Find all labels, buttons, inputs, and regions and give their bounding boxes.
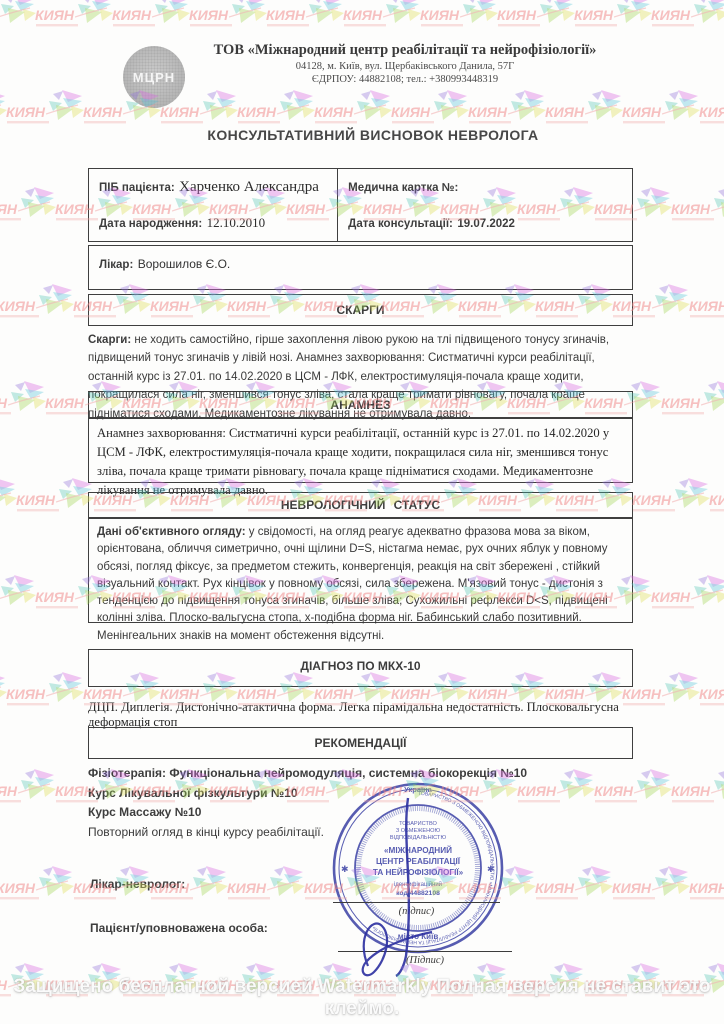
kiyan-watermark: КИЯН [614,0,702,34]
kiyan-watermark: КИЯН [508,89,596,131]
svg-text:КИЯН: КИЯН [35,7,75,23]
kiyan-watermark: КИЯН [0,477,67,519]
doctor-sign-label: Лікар-невролог: [90,877,185,891]
kiyan-watermark: КИЯН [306,0,394,34]
doctor-cell: Лікар: Ворошилов Є.О. [88,245,633,290]
svg-text:КИЯН: КИЯН [689,298,724,314]
patient-name-label: ПІБ пацієнта: [99,182,175,194]
kiyan-watermark: КИЯН [624,380,712,422]
svg-text:КИЯН: КИЯН [535,880,575,896]
section-heading-anamnesis: АНАМНЕЗ [88,391,633,418]
birth-date-value: 12.10.2010 [207,215,266,230]
svg-text:КИЯН: КИЯН [0,880,36,896]
svg-text:КИЯН: КИЯН [314,104,354,120]
complaints-lead: Скарги: [88,334,131,346]
watermarkly-notice: Защищено бесплатной версией Watermarkly … [0,976,724,1020]
doctor-value: Ворошилов Є.О. [138,257,231,271]
svg-text:КИЯН: КИЯН [699,686,724,702]
patient-sign-label: Пацієнт/уповноважена особа: [90,921,268,935]
svg-text:КИЯН: КИЯН [497,7,537,23]
svg-text:КИЯН: КИЯН [671,783,711,799]
svg-text:КИЯН: КИЯН [709,492,724,508]
kiyan-watermark: КИЯН [691,0,724,34]
clinic-logo-text: МЦРН [133,70,175,85]
kiyan-watermark: КИЯН [190,865,278,907]
svg-text:КИЯН: КИЯН [112,7,152,23]
kiyan-watermark: КИЯН [0,0,86,34]
patient-name-value: Харченко Александра [179,179,319,195]
svg-text:КИЯН: КИЯН [689,880,724,896]
document-title: КОНСУЛЬТАТИВНИЙ ВИСНОВОК НЕВРОЛОГА [88,127,658,143]
handwritten-signature [320,770,530,990]
anamnesis-text: Анамнез захворювання: Систматичні курси … [88,418,633,483]
kiyan-watermark: КИЯН [0,671,57,713]
kiyan-watermark: КИЯН [277,89,365,131]
svg-text:КИЯН: КИЯН [35,589,75,605]
kiyan-watermark: КИЯН [354,89,442,131]
kiyan-watermark: КИЯН [701,380,724,422]
neuro-status-text: Дані об'єктивного огляду: у свідомості, … [88,518,633,623]
svg-text:КИЯН: КИЯН [266,7,306,23]
doctor-label: Лікар: [99,259,133,271]
diagnosis-text: ДЦП. Диплегія. Дистонічно-атактична форм… [88,700,648,730]
svg-text:КИЯН: КИЯН [0,783,18,799]
svg-text:КИЯН: КИЯН [622,104,662,120]
svg-text:КИЯН: КИЯН [632,492,672,508]
svg-text:КИЯН: КИЯН [420,7,460,23]
kiyan-watermark: КИЯН [652,865,724,907]
kiyan-watermark: КИЯН [537,0,625,34]
patient-name-cell: ПІБ пацієнта: Харченко Александра [89,169,337,205]
kiyan-watermark: КИЯН [75,0,163,34]
kiyan-watermark: КИЯН [711,768,724,810]
patient-info-table: ПІБ пацієнта: Харченко Александра Медичн… [88,168,633,290]
svg-text:КИЯН: КИЯН [45,395,85,411]
kiyan-watermark: КИЯН [8,380,96,422]
clinic-name: ТОВ «Міжнародний центр реабілітації та н… [190,42,620,59]
svg-text:КИЯН: КИЯН [651,589,691,605]
svg-text:КИЯН: КИЯН [83,104,123,120]
consult-date-cell: Дата консультації: 19.07.2022 [337,205,632,241]
consult-date-value: 19.07.2022 [457,218,515,230]
clinic-header: ТОВ «Міжнародний центр реабілітації та н… [190,42,620,85]
svg-text:КИЯН: КИЯН [16,492,56,508]
kiyan-watermark: КИЯН [0,865,47,907]
consult-date-label: Дата консультації: [348,218,453,230]
svg-text:КИЯН: КИЯН [651,7,691,23]
kiyan-watermark: КИЯН [0,89,57,131]
kiyan-watermark: КИЯН [0,574,86,616]
svg-text:КИЯН: КИЯН [160,104,200,120]
kiyan-watermark: КИЯН [691,574,724,616]
kiyan-watermark: КИЯН [711,186,724,228]
birth-date-label: Дата народження: [99,218,202,230]
clinic-address: 04128, м. Київ, вул. Щербаківського Дани… [190,61,620,72]
neuro-status-lead: Дані об'єктивного огляду: [97,526,246,538]
svg-text:КИЯН: КИЯН [0,298,36,314]
clinic-contacts: ЄДРПОУ: 44882108; тел.: +380993448319 [190,74,620,85]
section-heading-complaints: СКАРГИ [88,294,633,326]
kiyan-watermark: КИЯН [460,0,548,34]
svg-text:КИЯН: КИЯН [6,104,46,120]
svg-text:КИЯН: КИЯН [391,104,431,120]
medical-card-cell: Медична картка №: [337,169,632,205]
medical-card-label: Медична картка №: [348,182,458,194]
kiyan-watermark: КИЯН [634,186,722,228]
svg-text:КИЯН: КИЯН [189,7,229,23]
kiyan-watermark: КИЯН [229,0,317,34]
section-heading-neuro-status: НЕВРОЛОГІЧНИЙ СТАТУС [88,492,633,518]
kiyan-watermark: КИЯН [575,865,663,907]
svg-text:КИЯН: КИЯН [545,104,585,120]
kiyan-watermark: КИЯН [383,0,471,34]
svg-text:КИЯН: КИЯН [671,201,711,217]
svg-text:КИЯН: КИЯН [468,104,508,120]
kiyan-watermark: КИЯН [431,89,519,131]
svg-text:КИЯН: КИЯН [661,395,701,411]
kiyan-watermark: КИЯН [662,89,724,131]
clinic-logo: МЦРН [123,46,185,108]
kiyan-watermark: КИЯН [200,89,288,131]
kiyan-watermark: КИЯН [152,0,240,34]
kiyan-watermark: КИЯН [662,671,724,713]
svg-text:КИЯН: КИЯН [227,880,267,896]
kiyan-watermark: КИЯН [0,380,19,422]
svg-text:КИЯН: КИЯН [699,104,724,120]
svg-text:КИЯН: КИЯН [0,395,8,411]
svg-text:КИЯН: КИЯН [612,880,652,896]
table-row: ПІБ пацієнта: Харченко Александра Медичн… [88,168,633,205]
scanned-document-page: МЦРН ТОВ «Міжнародний центр реабілітації… [0,0,724,1024]
table-row: Дата народження: 12.10.2010 Дата консуль… [88,205,633,242]
kiyan-watermark: КИЯН [634,768,722,810]
svg-text:КИЯН: КИЯН [0,201,18,217]
kiyan-watermark: КИЯН [652,283,724,325]
svg-text:КИЯН: КИЯН [574,7,614,23]
section-heading-recommendations: РЕКОМЕНДАЦІЇ [88,727,633,759]
svg-text:КИЯН: КИЯН [237,104,277,120]
kiyan-watermark: КИЯН [46,89,134,131]
kiyan-watermark: КИЯН [0,283,47,325]
svg-text:КИЯН: КИЯН [343,7,383,23]
kiyan-watermark: КИЯН [0,186,29,228]
kiyan-watermark: КИЯН [585,89,673,131]
svg-text:КИЯН: КИЯН [6,686,46,702]
birth-date-cell: Дата народження: 12.10.2010 [89,205,337,241]
section-heading-diagnosis: ДІАГНОЗ ПО МКХ-10 [88,649,633,687]
kiyan-watermark: КИЯН [0,768,29,810]
kiyan-watermark: КИЯН [672,477,724,519]
